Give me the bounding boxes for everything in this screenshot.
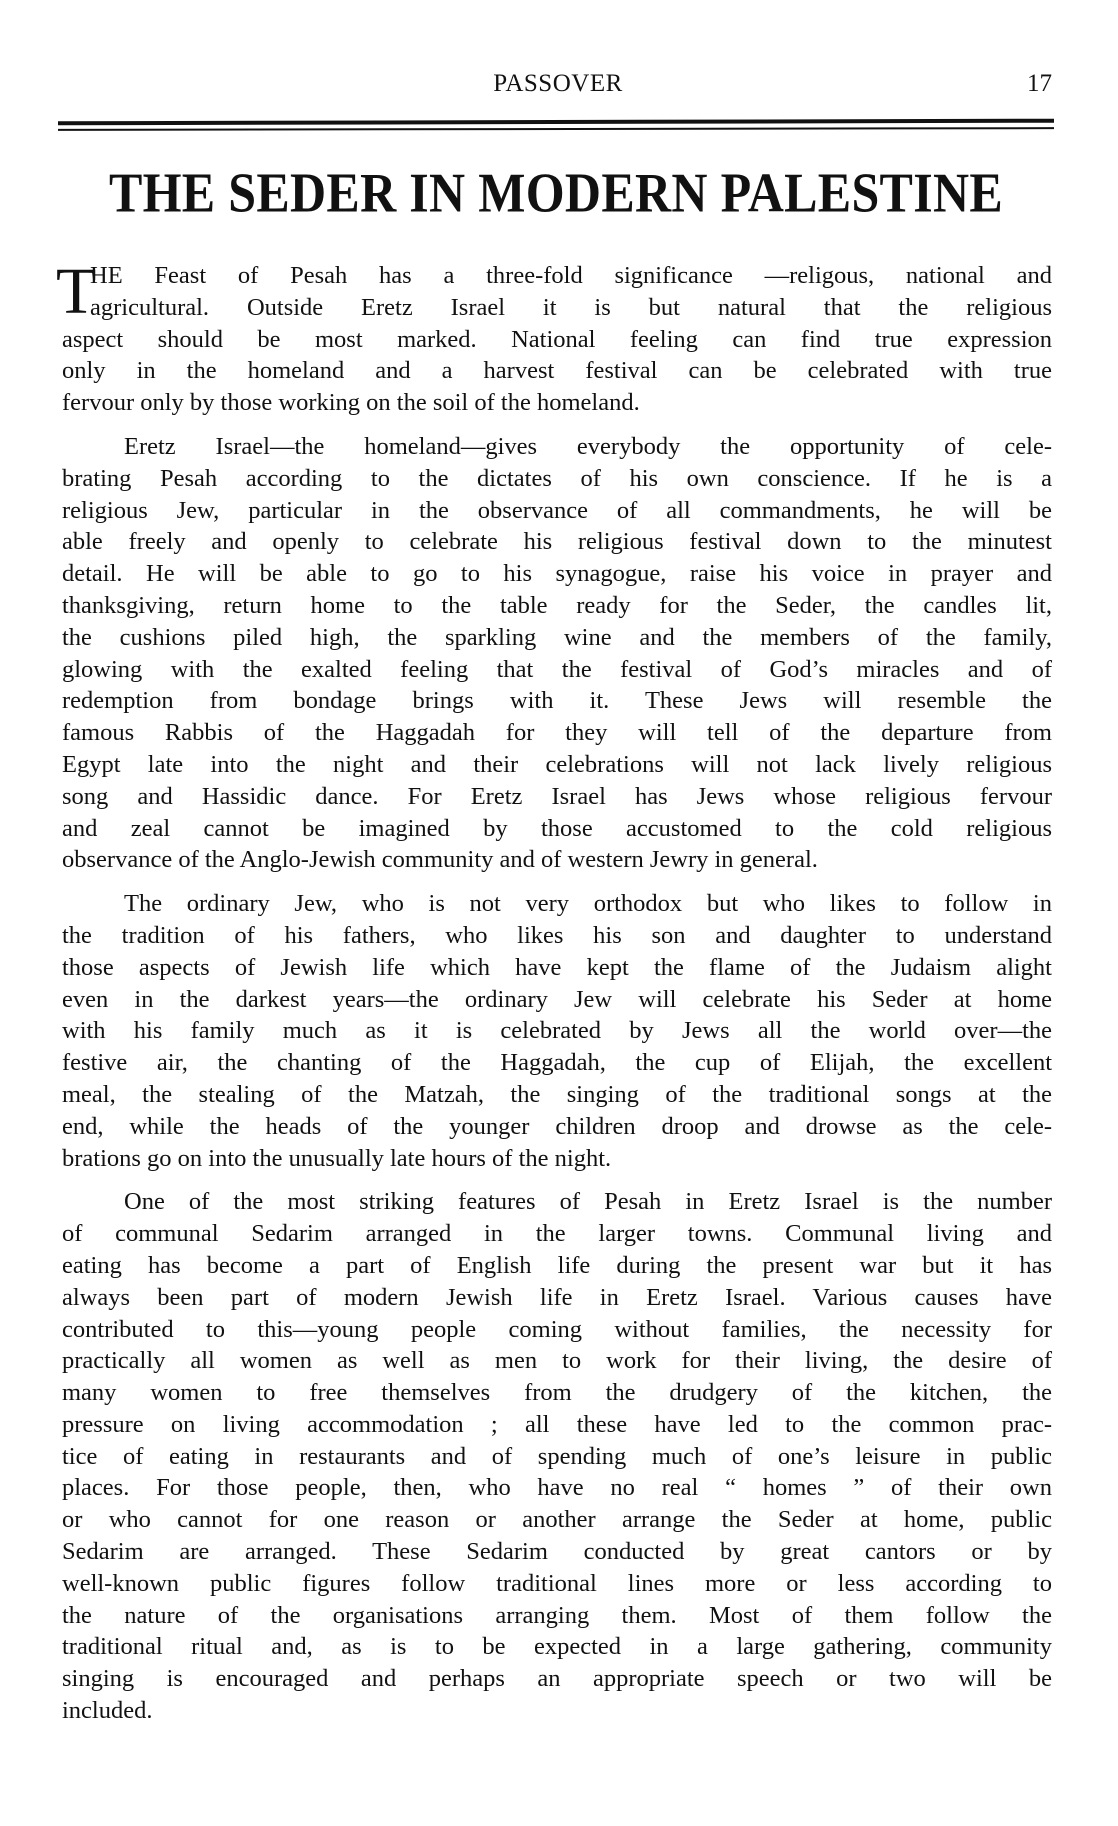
paragraph-1: THE Feast of Pesah has a three-fold sign… <box>62 260 1052 419</box>
text-line: HE Feast of Pesah has a three-fold signi… <box>62 260 1052 292</box>
running-title: PASSOVER <box>62 70 1054 98</box>
article-title: THE SEDER IN MODERN PALESTINE <box>58 160 1054 225</box>
text-line: religious Jew, particular in the observa… <box>62 495 1052 527</box>
text-line: the nature of the organisations arrangin… <box>62 1600 1052 1632</box>
page-number: 17 <box>1027 70 1052 98</box>
text-line: eating has become a part of English life… <box>62 1250 1052 1282</box>
text-line: only in the homeland and a harvest festi… <box>62 355 1052 387</box>
paragraph-3: The ordinary Jew, who is not very orthod… <box>62 888 1052 1174</box>
text-line: many women to free themselves from the d… <box>62 1377 1052 1409</box>
paragraph-4: One of the most striking features of Pes… <box>62 1186 1052 1727</box>
text-line: brating Pesah according to the dictates … <box>62 463 1052 495</box>
text-line: the cushions piled high, the sparkling w… <box>62 622 1052 654</box>
text-line: of communal Sedarim arranged in the larg… <box>62 1218 1052 1250</box>
running-head: PASSOVER 17 <box>62 70 1054 106</box>
text-line: famous Rabbis of the Haggadah for they w… <box>62 717 1052 749</box>
text-line: traditional ritual and, as is to be expe… <box>62 1631 1052 1663</box>
text-line: end, while the heads of the younger chil… <box>62 1111 1052 1143</box>
text-line: always been part of modern Jewish life i… <box>62 1282 1052 1314</box>
paragraph-2: Eretz Israel—the homeland—gives everybod… <box>62 431 1052 876</box>
text-line: observance of the Anglo-Jewish community… <box>62 844 1052 876</box>
text-line: contributed to this—young people coming … <box>62 1314 1052 1346</box>
text-line: with his family much as it is celebrated… <box>62 1015 1052 1047</box>
text-line: glowing with the exalted feeling that th… <box>62 654 1052 686</box>
text-line: The ordinary Jew, who is not very orthod… <box>62 888 1052 920</box>
text-line: or who cannot for one reason or another … <box>62 1504 1052 1536</box>
text-line: redemption from bondage brings with it. … <box>62 685 1052 717</box>
text-line: Eretz Israel—the homeland—gives everybod… <box>62 431 1052 463</box>
text-line: those aspects of Jewish life which have … <box>62 952 1052 984</box>
text-line: and zeal cannot be imagined by those acc… <box>62 813 1052 845</box>
text-line: places. For those people, then, who have… <box>62 1472 1052 1504</box>
article-body: THE Feast of Pesah has a three-fold sign… <box>62 260 1052 1739</box>
text-line: aspect should be most marked. National f… <box>62 324 1052 356</box>
text-line: One of the most striking features of Pes… <box>62 1186 1052 1218</box>
text-line: thanksgiving, return home to the table r… <box>62 590 1052 622</box>
text-line: pressure on living accommodation ; all t… <box>62 1409 1052 1441</box>
text-line: festive air, the chanting of the Haggada… <box>62 1047 1052 1079</box>
text-line: even in the darkest years—the ordinary J… <box>62 984 1052 1016</box>
text-line: Sedarim are arranged. These Sedarim cond… <box>62 1536 1052 1568</box>
text-line: meal, the stealing of the Matzah, the si… <box>62 1079 1052 1111</box>
text-line: well-known public figures follow traditi… <box>62 1568 1052 1600</box>
text-line: tice of eating in restaurants and of spe… <box>62 1441 1052 1473</box>
text-line: Egypt late into the night and their cele… <box>62 749 1052 781</box>
text-line: singing is encouraged and perhaps an app… <box>62 1663 1052 1695</box>
text-line: agricultural. Outside Eretz Israel it is… <box>62 292 1052 324</box>
text-line: fervour only by those working on the soi… <box>62 387 1052 419</box>
text-line: included. <box>62 1695 1052 1727</box>
drop-cap: T <box>56 262 96 322</box>
header-rule-thick <box>58 119 1054 126</box>
text-line: able freely and openly to celebrate his … <box>62 526 1052 558</box>
text-line: brations go on into the unusually late h… <box>62 1143 1052 1175</box>
text-line: song and Hassidic dance. For Eretz Israe… <box>62 781 1052 813</box>
header-rule-thin <box>58 127 1054 131</box>
text-line: detail. He will be able to go to his syn… <box>62 558 1052 590</box>
text-line: practically all women as well as men to … <box>62 1345 1052 1377</box>
text-line: the tradition of his fathers, who likes … <box>62 920 1052 952</box>
